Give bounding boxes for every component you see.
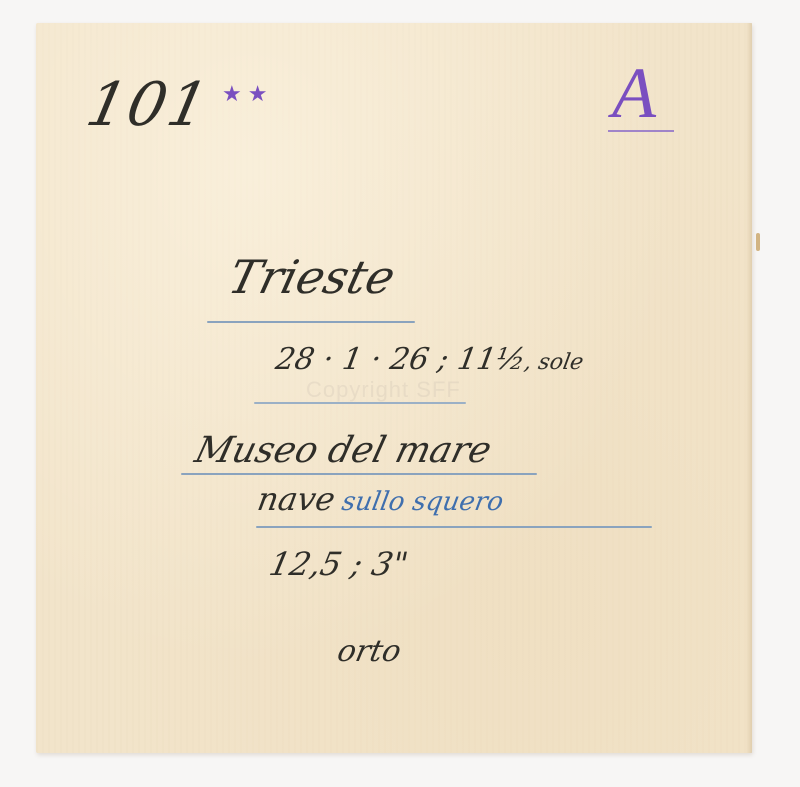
date-text: 28 · 1 · 26 [273, 342, 432, 377]
subject-underline [256, 526, 652, 528]
category-letter: A [612, 52, 656, 135]
time-text: 11½ [455, 342, 528, 377]
rating-stars-icon: ★★ [222, 82, 273, 107]
scan-background: 101 ★★ A Trieste 28 · 1 · 26 ; 11½, sole… [0, 0, 800, 787]
copyright-watermark: Copyright SFF [306, 377, 461, 403]
place-text: Museo del mare [191, 430, 496, 471]
category-letter-baseline [608, 130, 674, 132]
subject-main-text: nave [255, 480, 338, 518]
location-underline [207, 321, 415, 323]
film-text: orto [334, 634, 404, 669]
subject-line: navesullo squero [255, 480, 507, 518]
place-underline [181, 473, 537, 475]
weather-text: , sole [522, 350, 585, 375]
paper-edge-fold [746, 23, 752, 753]
date-time-weather-line: 28 · 1 · 26 ; 11½, sole [273, 342, 587, 377]
exposure-text: 12,5 ; 3" [266, 545, 412, 583]
subject-detail-text: sullo squero [340, 487, 506, 517]
location-title: Trieste [223, 250, 400, 304]
paper-stain [756, 233, 760, 251]
record-number: 101 [81, 70, 216, 140]
